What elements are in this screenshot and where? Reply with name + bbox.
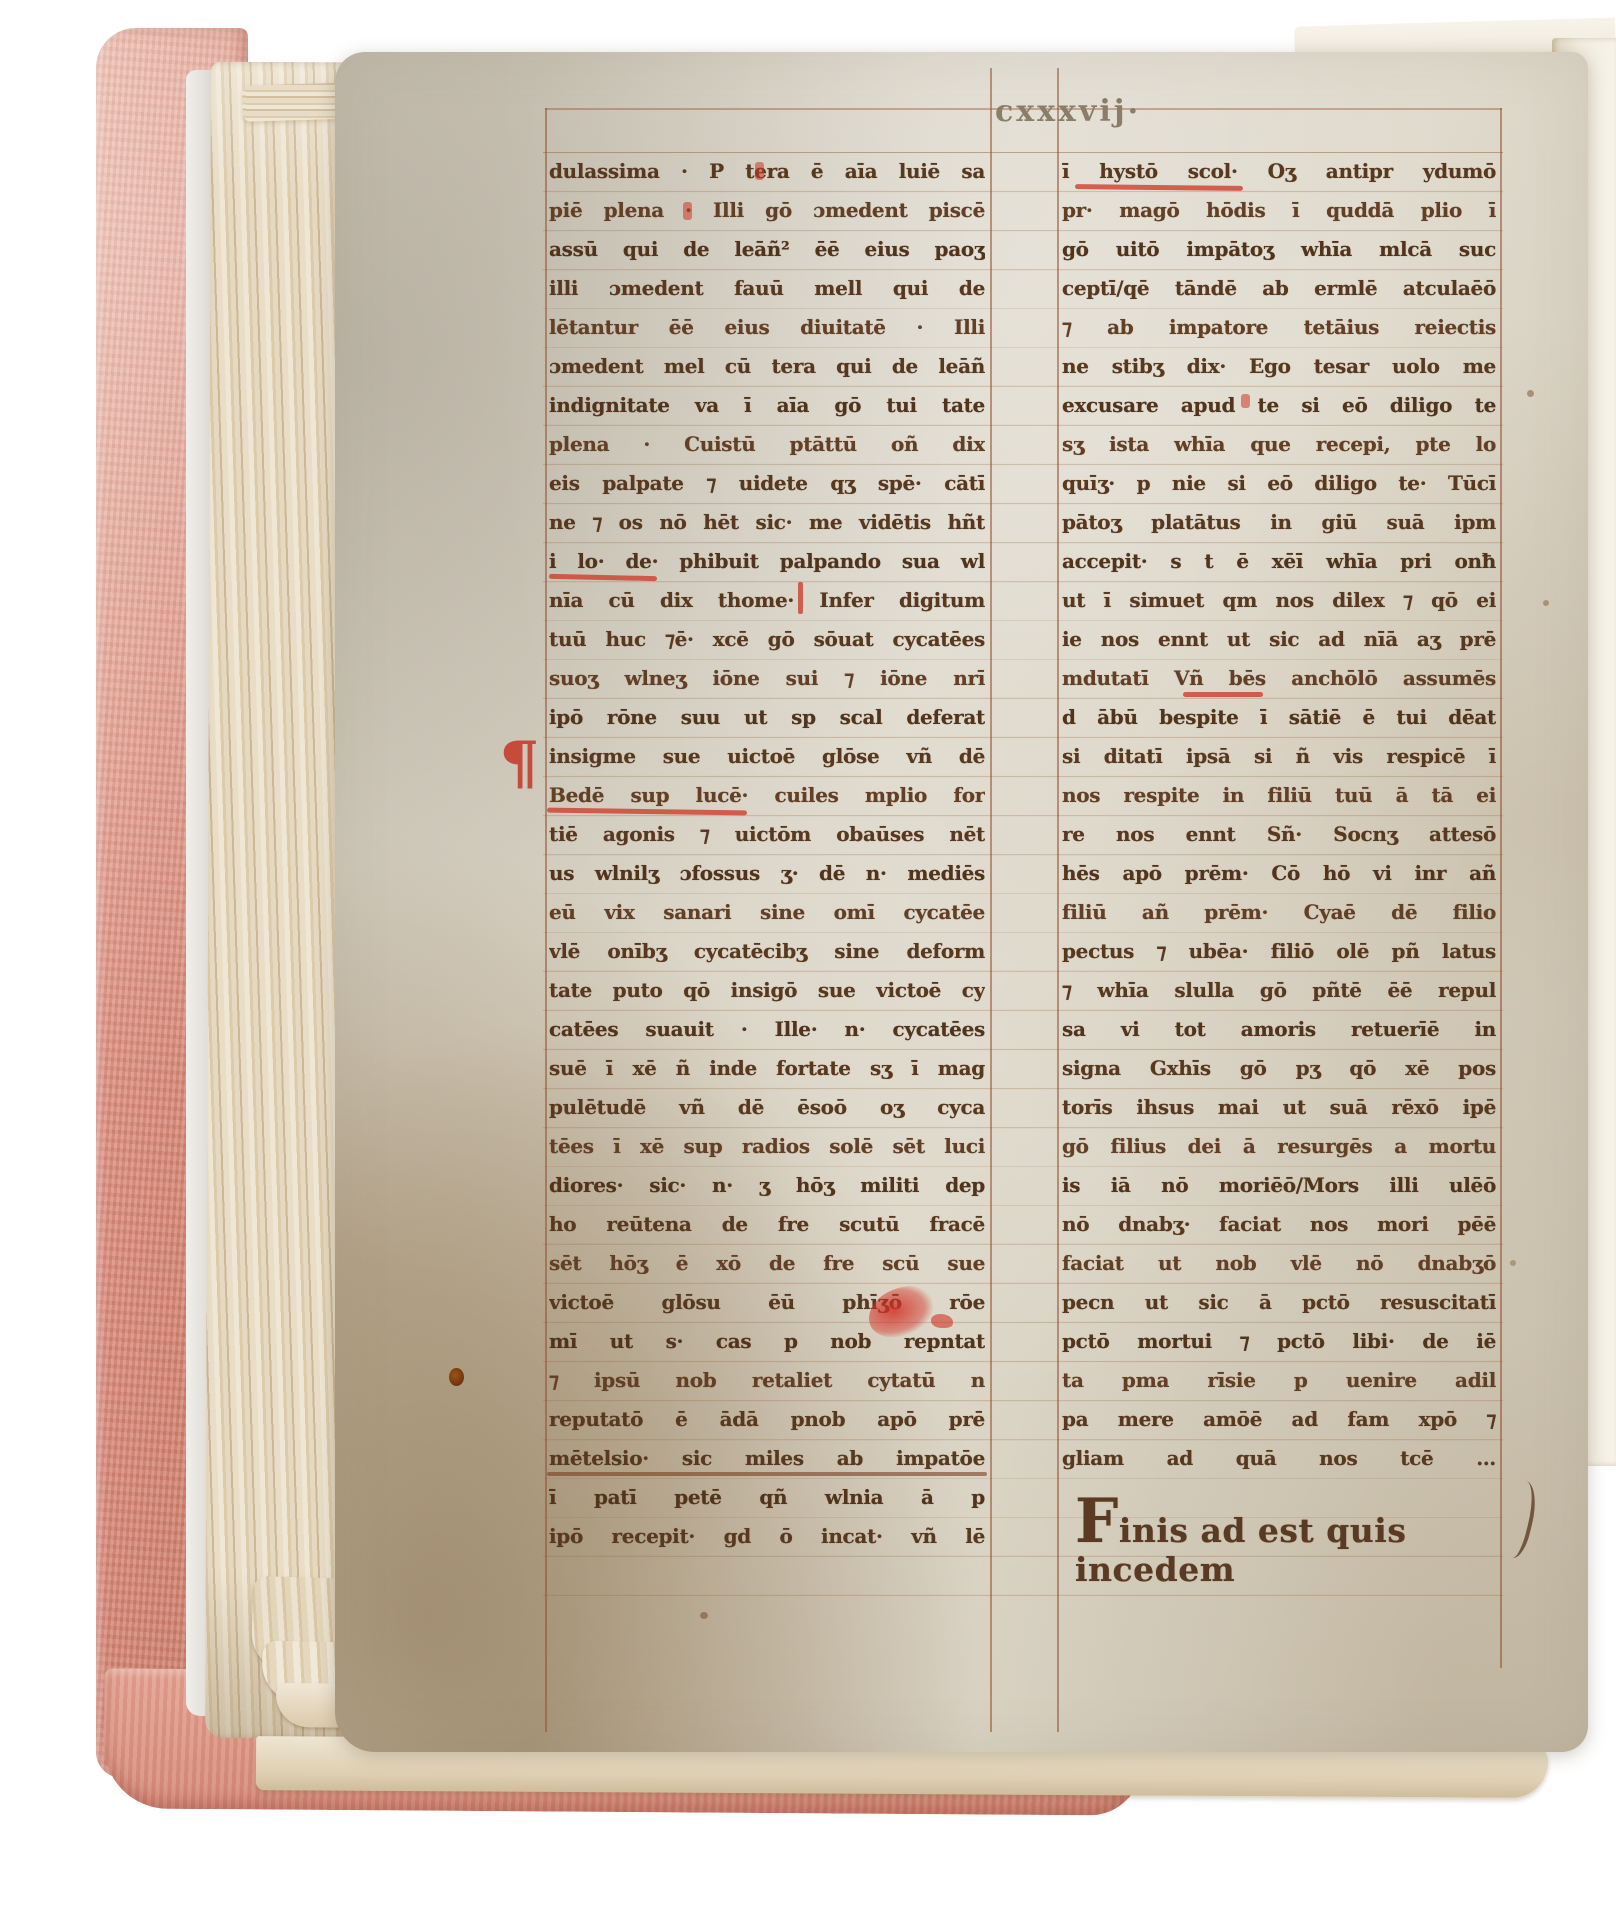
manuscript-text-line: pctō mortui ⁊ pctō libi· de iē bbox=[1062, 1322, 1496, 1361]
manuscript-text-line: assū qui de leāñ² ēē eius paoʒ bbox=[549, 230, 985, 269]
manuscript-text-line: mdutatī Vñ bēs anchōlō assumēs bbox=[1062, 659, 1496, 698]
manuscript-text-line: ut ī simuet qm nos dilex ⁊ qō ei bbox=[1062, 581, 1496, 620]
manuscript-text-line: ne stibʒ dix· Ego tesar uolo me bbox=[1062, 347, 1496, 386]
red-stroke-mark bbox=[798, 582, 803, 614]
manuscript-text-line: torīs ihsus mai ut suā rēxō ipē bbox=[1062, 1088, 1496, 1127]
manuscript-text-line: illi ɔmedent fauū mell qui de bbox=[549, 269, 985, 308]
manuscript-text-line: quīʒ· p nie si eō diligo te· Tūcī bbox=[1062, 464, 1496, 503]
manuscript-text-line: ⁊ whīa slulla gō pñtē ēē repul bbox=[1062, 971, 1496, 1010]
rubric-underline bbox=[1183, 692, 1263, 697]
manuscript-text-line: sʒ ista whīa que recepi, pte lo bbox=[1062, 425, 1496, 464]
ruling-vertical-gutter-right bbox=[1057, 68, 1059, 1732]
stain-speck bbox=[1510, 1260, 1516, 1266]
manuscript-text-line: tuū huc ⁊ē· xcē gō sōuat cycatēes bbox=[549, 620, 985, 659]
manuscript-text-line: sa vi tot amoris retuerīē in bbox=[1062, 1010, 1496, 1049]
ruling-vertical-left-margin bbox=[545, 108, 547, 1732]
manuscript-text-line: re nos ennt Sñ· Socnʒ attesō bbox=[1062, 815, 1496, 854]
manuscript-text-line: vlē onībʒ cycatēcibʒ sine deform bbox=[549, 932, 985, 971]
manuscript-text-line: nō dnabʒ· faciat nos mori pēē bbox=[1062, 1205, 1496, 1244]
manuscript-text-line: ne ⁊ os nō hēt sic· me vidētis hñt bbox=[549, 503, 985, 542]
manuscript-text-line: piē plena · Illi gō ɔmedent piscē bbox=[549, 191, 985, 230]
manuscript-text-line: catēes suauit · Ille· n· cycatēes bbox=[549, 1010, 985, 1049]
manuscript-text-line: suoʒ wlneʒ iōne sui ⁊ iōne nrī bbox=[549, 659, 985, 698]
manuscript-text-line: si ditatī ipsā si ñ vis respicē ī bbox=[1062, 737, 1496, 776]
manuscript-text-line: plena · Cuistū ptāttū oñ dix bbox=[549, 425, 985, 464]
manuscript-text-line: pecn ut sic ā pctō resuscitatī bbox=[1062, 1283, 1496, 1322]
manuscript-text-line: sēt hōʒ ē xō de fre scū sue bbox=[549, 1244, 985, 1283]
manuscript-text-line: us wlnilʒ ɔfossus ʒ· dē n· mediēs bbox=[549, 854, 985, 893]
manuscript-text-line: signa Gxhīs gō pʒ qō xē pos bbox=[1062, 1049, 1496, 1088]
left-text-column: dulassima · P tera ē aīa luiē sapiē plen… bbox=[549, 152, 985, 1556]
manuscript-text-line: excusare apud te si eō diligo te bbox=[1062, 386, 1496, 425]
manuscript-text-line: is iā nō moriēō/Mors illi ulēō bbox=[1062, 1166, 1496, 1205]
manuscript-text-line: gō filius dei ā resurgēs a mortu bbox=[1062, 1127, 1496, 1166]
red-paragraph-mark-icon: ¶ bbox=[499, 734, 540, 792]
manuscript-text-line: gliam ad quā nos tcē … bbox=[1062, 1439, 1496, 1478]
stain-speck bbox=[700, 1612, 708, 1619]
red-touched-initial bbox=[1241, 394, 1250, 408]
manuscript-text-line: eū vix sanari sine omī cycatēe bbox=[549, 893, 985, 932]
manuscript-text-line: pulētudē vñ dē ēsoō oʒ cyca bbox=[549, 1088, 985, 1127]
manuscript-text-line: ɔmedent mel cū tera qui de leāñ bbox=[549, 347, 985, 386]
manuscript-text-line: filiū añ prēm· Cyaē dē filio bbox=[1062, 893, 1496, 932]
manuscript-text-line: ho reūtena de fre scutū fracē bbox=[549, 1205, 985, 1244]
manuscript-text-line: tēes ī xē sup radios solē sēt luci bbox=[549, 1127, 985, 1166]
manuscript-text-line: indignitate va ī aīa gō tui tate bbox=[549, 386, 985, 425]
manuscript-text-line: diores· sic· n· ʒ hōʒ militi dep bbox=[549, 1166, 985, 1205]
stain-speck bbox=[1527, 390, 1534, 397]
manuscript-text-line: ipō recepit· gd ō incat· vñ lē bbox=[549, 1517, 985, 1556]
manuscript-text-line: gō uitō impātoʒ whīa mlcā suc bbox=[1062, 230, 1496, 269]
ink-speck bbox=[449, 1368, 464, 1386]
manuscript-text-line: tate puto qō insigō sue victoē cy bbox=[549, 971, 985, 1010]
manuscript-text-line: pa mere amōē ad fam xpō ⁊ bbox=[1062, 1400, 1496, 1439]
red-touched-initial bbox=[683, 202, 692, 220]
manuscript-text-line: d ābū bespite ī sātiē ē tui dēat bbox=[1062, 698, 1496, 737]
manuscript-text-line: ⁊ ab impatore tetāius reiectis bbox=[1062, 308, 1496, 347]
manuscript-text-line: nīa cū dix thome· Infer digitum bbox=[549, 581, 985, 620]
ruling-vertical-right-margin bbox=[1500, 108, 1502, 1668]
manuscript-text-line: lētantur ēē eius diuitatē · Illi bbox=[549, 308, 985, 347]
manuscript-text-line: nos respite in filiū tuū ā tā ei bbox=[1062, 776, 1496, 815]
manuscript-text-line: dulassima · P tera ē aīa luiē sa bbox=[549, 152, 985, 191]
manuscript-text-line: tiē agonis ⁊ uictōm obaūses nēt bbox=[549, 815, 985, 854]
red-touched-initial bbox=[755, 162, 764, 180]
photo-background: cxxxvij· dulassima · P tera ē aīa luiē s… bbox=[0, 0, 1616, 1920]
right-text-column: ī hystō scol· Oʒ antipr ydumōpr· magō hō… bbox=[1062, 152, 1496, 1478]
manuscript-text-line: ⁊ ipsū nob retaliet cytatū n bbox=[549, 1361, 985, 1400]
manuscript-text-line: eis palpate ⁊ uidete qʒ spē· cātī bbox=[549, 464, 985, 503]
brown-underline bbox=[547, 1472, 987, 1476]
manuscript-text-line: pectus ⁊ ubēa· filiō olē pñ latus bbox=[1062, 932, 1496, 971]
stain-speck bbox=[1543, 600, 1549, 606]
ruling-vertical-gutter-left bbox=[990, 68, 992, 1732]
folio-number: cxxxvij· bbox=[995, 94, 1225, 146]
red-ink-droplet bbox=[931, 1314, 953, 1328]
manuscript-text-line: ta pma rīsie p uenire adil bbox=[1062, 1361, 1496, 1400]
manuscript-text-line: suē ī xē ñ inde fortate sʒ ī mag bbox=[549, 1049, 985, 1088]
page-stack-fore-edge bbox=[205, 62, 351, 1738]
parchment-page: cxxxvij· dulassima · P tera ē aīa luiē s… bbox=[335, 52, 1588, 1752]
manuscript-text-line: ī patī petē qñ wlnia ā p bbox=[549, 1478, 985, 1517]
manuscript-text-line: ie nos ennt ut sic ad nīā aʒ prē bbox=[1062, 620, 1496, 659]
manuscript-text-line: ipō rōne suu ut sp scal deferat bbox=[549, 698, 985, 737]
manuscript-text-line: pr· magō hōdis ī quddā plio ī bbox=[1062, 191, 1496, 230]
manuscript-text-line: accepit· s t ē xēī whīa pri onħ bbox=[1062, 542, 1496, 581]
manuscript-text-line: faciat ut nob vlē nō dnabʒō bbox=[1062, 1244, 1496, 1283]
colophon-line: Finis ad est quis incedem bbox=[1075, 1504, 1535, 1576]
manuscript-text-line: insigme sue uictoē glōse vñ dē bbox=[549, 737, 985, 776]
manuscript-text-line: ceptī/qē tāndē ab ermlē atculaēō bbox=[1062, 269, 1496, 308]
manuscript-text-line: hēs apō prēm· Cō hō vi inr añ bbox=[1062, 854, 1496, 893]
manuscript-text-line: pātoʒ platātus in giū suā ipm bbox=[1062, 503, 1496, 542]
manuscript-text-line: reputatō ē ādā pnob apō prē bbox=[549, 1400, 985, 1439]
